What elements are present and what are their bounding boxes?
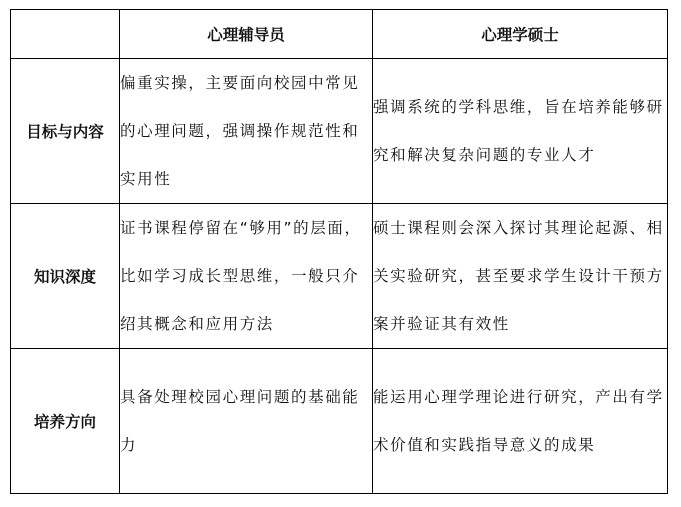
row-header-depth: 知识深度 xyxy=(11,204,120,349)
corner-cell xyxy=(11,10,120,59)
column-header-counselor: 心理辅导员 xyxy=(120,10,373,59)
table-row: 知识深度 证书课程停留在“够用”的层面，比如学习成长型思维，一般只介绍其概念和应… xyxy=(11,204,668,349)
cell-counselor-direction: 具备处理校园心理问题的基础能力 xyxy=(120,349,373,494)
table-row: 目标与内容 偏重实操，主要面向校园中常见的心理问题，强调操作规范性和实用性 强调… xyxy=(11,59,668,204)
row-header-direction: 培养方向 xyxy=(11,349,120,494)
cell-masters-goals: 强调系统的学科思维，旨在培养能够研究和解决复杂问题的专业人才 xyxy=(373,59,668,204)
cell-masters-depth: 硕士课程则会深入探讨其理论起源、相关实验研究，甚至要求学生设计干预方案并验证其有… xyxy=(373,204,668,349)
cell-counselor-depth: 证书课程停留在“够用”的层面，比如学习成长型思维，一般只介绍其概念和应用方法 xyxy=(120,204,373,349)
header-row: 心理辅导员 心理学硕士 xyxy=(11,10,668,59)
cell-counselor-goals: 偏重实操，主要面向校园中常见的心理问题，强调操作规范性和实用性 xyxy=(120,59,373,204)
column-header-masters: 心理学硕士 xyxy=(373,10,668,59)
cell-masters-direction: 能运用心理学理论进行研究，产出有学术价值和实践指导意义的成果 xyxy=(373,349,668,494)
comparison-table: 心理辅导员 心理学硕士 目标与内容 偏重实操，主要面向校园中常见的心理问题，强调… xyxy=(10,9,668,494)
table-row: 培养方向 具备处理校园心理问题的基础能力 能运用心理学理论进行研究，产出有学术价… xyxy=(11,349,668,494)
row-header-goals: 目标与内容 xyxy=(11,59,120,204)
